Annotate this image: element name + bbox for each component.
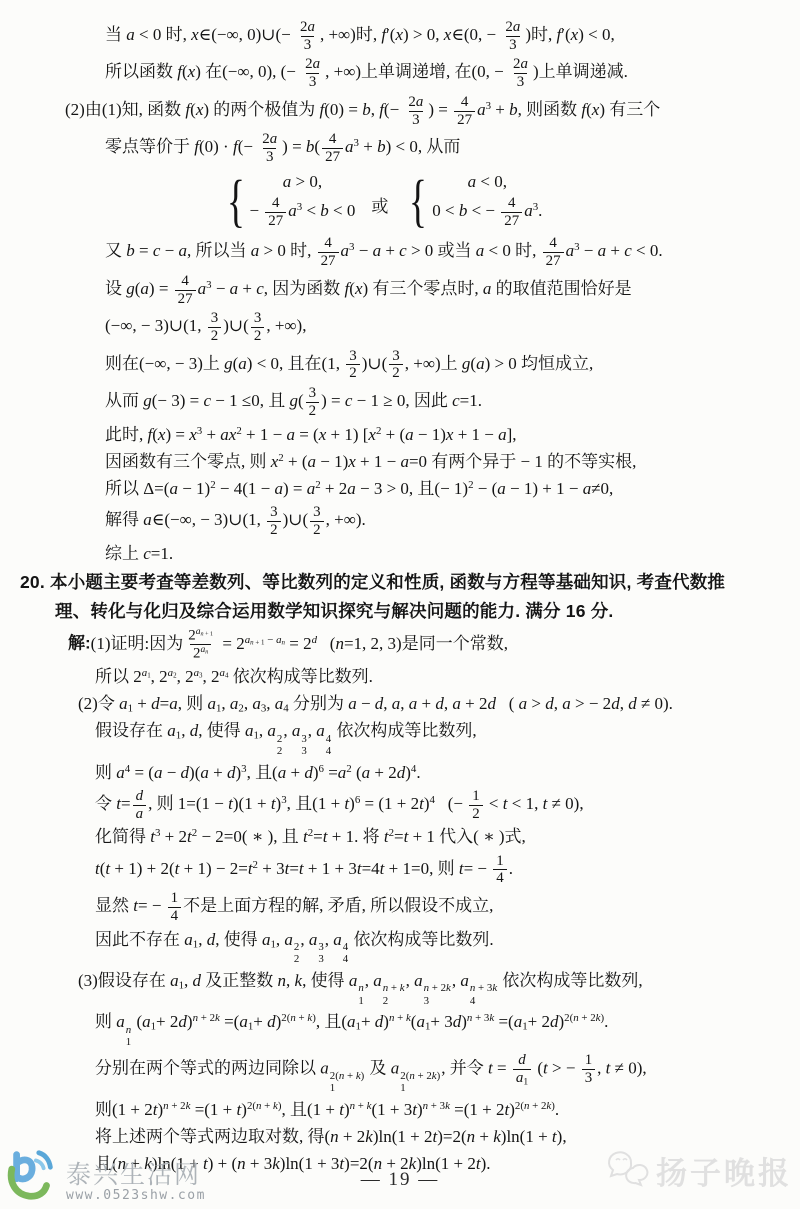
solve-label: 解: bbox=[68, 634, 91, 653]
math-line: 所以 Δ=(a − 1)2 − 4(1 − a) = a2 + 2a − 3 >… bbox=[20, 477, 784, 501]
case-row: − 427a3 < b < 0 bbox=[249, 195, 355, 229]
math-line: 此时, f(x) = x3 + ax2 + 1 − a = (x + 1) [x… bbox=[20, 423, 784, 447]
left-brace-glyph: { bbox=[409, 175, 427, 227]
question20: 20. 本小题主要考查等差数列、等比数列的定义和性质, 函数与方程等基础知识, … bbox=[20, 569, 784, 1176]
math-line: 令 t=da, 则 1=(1 − t)(1 + t)3, 且(1 + t)6 =… bbox=[20, 788, 784, 822]
math-line: 因函数有三个零点, 则 x2 + (a − 1)x + 1 − a=0 有两个异… bbox=[20, 450, 784, 474]
math-line: 分别在两个等式的两边同除以 a2(n + k)1 及 a2(n + 2k)1, … bbox=[20, 1052, 784, 1095]
system-case-right: { a < 0, 0 < b < − 427a3. bbox=[404, 172, 542, 229]
math-line: (−∞, − 3)∪(1, 32)∪(32, +∞), bbox=[20, 310, 784, 344]
chat-bubbles-face-icon bbox=[606, 1148, 654, 1193]
question19-solution: 当 a < 0 时, x∈(−∞, 0)∪(− 2a3, +∞)时, f′(x)… bbox=[20, 19, 784, 566]
math-line: 当 a < 0 时, x∈(−∞, 0)∪(− 2a3, +∞)时, f′(x)… bbox=[20, 19, 784, 53]
case-row: a < 0, bbox=[468, 172, 507, 192]
left-brace-glyph: { bbox=[226, 175, 244, 227]
math-line: 零点等价于 f(0) · f(− 2a3) = b(427a3 + b) < 0… bbox=[20, 131, 784, 165]
math-line: 所以 2a1, 2a2, 2a3, 2a4 依次构成等比数列. bbox=[20, 665, 784, 689]
system-case-left: { a > 0, − 427a3 < b < 0 bbox=[222, 172, 356, 229]
math-line: 从而 g(− 3) = c − 1 ≤0, 且 g(32) = c − 1 ≥ … bbox=[20, 385, 784, 419]
math-line: 设 g(a) = 427a3 − a + c, 因为函数 f(x) 有三个零点时… bbox=[20, 273, 784, 307]
math-line: 综上 c=1. bbox=[20, 542, 784, 566]
math-line: 则在(−∞, − 3)上 g(a) < 0, 且在(1, 32)∪(32, +∞… bbox=[20, 348, 784, 382]
math-line-body: (1)证明:因为2an + 12an = 2an + 1 − an = 2d (… bbox=[91, 634, 508, 653]
math-line: 则 an1 (a1+ 2d)n + 2k =(a1+ d)2(n + k), 且… bbox=[20, 1010, 784, 1048]
math-line: (3)假设存在 a1, d 及正整数 n, k, 使得 an1, an + k2… bbox=[20, 969, 784, 1007]
math-line: 解:(1)证明:因为2an + 12an = 2an + 1 − an = 2d… bbox=[20, 627, 784, 662]
math-line: 假设存在 a1, d, 使得 a1, a22, a33, a44 依次构成等比数… bbox=[20, 719, 784, 757]
page-content: 当 a < 0 时, x∈(−∞, 0)∪(− 2a3, +∞)时, f′(x)… bbox=[0, 0, 800, 1176]
math-line: 所以函数 f(x) 在(−∞, 0), (− 2a3, +∞)上单调递增, 在(… bbox=[20, 56, 784, 90]
math-line: 显然 t= − 14不是上面方程的解, 矛盾, 所以假设不成立, bbox=[20, 890, 784, 924]
math-line: 因此不存在 a1, d, 使得 a1, a22, a33, a44 依次构成等比… bbox=[20, 928, 784, 966]
case-row: a > 0, bbox=[283, 172, 322, 192]
math-line: 则 a4 = (a − d)(a + d)3, 且(a + d)6 =a2 (a… bbox=[20, 761, 784, 785]
math-line: (2)由(1)知, 函数 f(x) 的两个极值为 f(0) = b, f(− 2… bbox=[20, 94, 784, 128]
math-line: 解得 a∈(−∞, − 3)∪(1, 32)∪(32, +∞). bbox=[20, 504, 784, 538]
newspaper-watermark: 扬子晚报 bbox=[606, 1148, 792, 1193]
equation-system: { a > 0, − 427a3 < b < 0 或 { a < 0, 0 < … bbox=[20, 172, 744, 229]
or-joiner: 或 bbox=[371, 184, 388, 217]
question-number-header: 20. 本小题主要考查等差数列、等比数列的定义和性质, 函数与方程等基础知识, … bbox=[20, 569, 784, 595]
document-page: 当 a < 0 时, x∈(−∞, 0)∪(− 2a3, +∞)时, f′(x)… bbox=[0, 0, 800, 1209]
question-header-continued: 理、转化与化归及综合运用数学知识探究与解决问题的能力. 满分 16 分. bbox=[20, 598, 784, 624]
math-line: 化简得 t3 + 2t2 − 2=0( ∗ ), 且 t2=t + 1. 将 t… bbox=[20, 825, 784, 849]
math-line: 则(1 + 2t)n + 2k =(1 + t)2(n + k), 且(1 + … bbox=[20, 1098, 784, 1122]
case-row: 0 < b < − 427a3. bbox=[432, 195, 542, 229]
newspaper-name: 扬子晚报 bbox=[656, 1148, 792, 1193]
math-line: 又 b = c − a, 所以当 a > 0 时, 427a3 − a + c … bbox=[20, 235, 784, 269]
math-line: (2)令 a1 + d=a, 则 a1, a2, a3, a4 分别为 a − … bbox=[20, 692, 784, 716]
math-line: t(t + 1) + 2(t + 1) − 2=t2 + 3t=t + 1 + … bbox=[20, 853, 784, 887]
